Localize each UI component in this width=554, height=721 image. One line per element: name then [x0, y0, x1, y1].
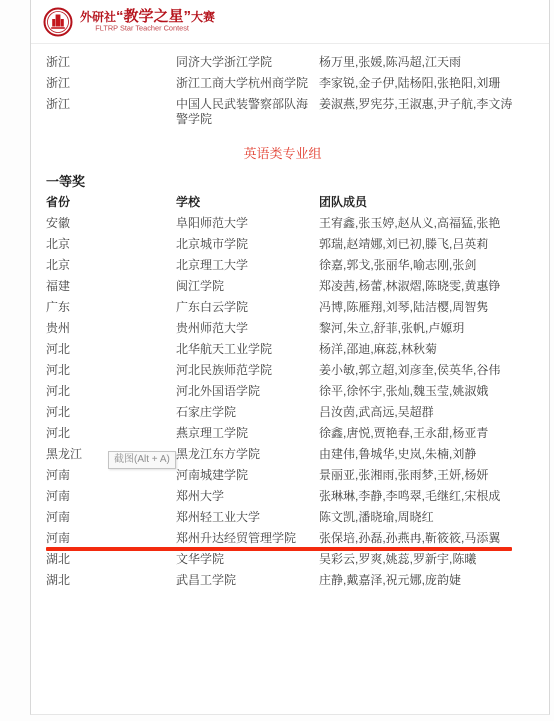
- school-cell: 北京城市学院: [176, 237, 319, 252]
- school-cell: 郑州升达经贸管理学院: [176, 531, 319, 546]
- table-row: 广东 广东白云学院 冯博,陈雁翔,刘琴,陆洁樱,周智隽: [46, 297, 519, 318]
- table-row: 河北 石家庄学院 吕汝茵,武高远,吴超群: [46, 402, 519, 423]
- school-cell: 燕京理工学院: [176, 426, 319, 441]
- table-row: 安徽 阜阳师范大学 王宥鑫,张玉婷,赵从义,高福猛,张艳: [46, 213, 519, 234]
- school-cell: 浙江工商大学杭州商学院: [176, 76, 319, 91]
- members-cell: 吕汝茵,武高远,吴超群: [319, 405, 519, 420]
- brand-title-prefix: 外研社: [80, 10, 116, 24]
- table-row: 河北 燕京理工学院 徐鑫,唐悦,贾艳春,王永甜,杨亚青: [46, 423, 519, 444]
- province-cell: 河北: [46, 405, 176, 420]
- members-cell: 杨万里,张媛,陈冯超,江天雨: [319, 55, 519, 70]
- table-row: 北京 北京城市学院 郭瑞,赵靖娜,刘已初,滕飞,吕英莉: [46, 234, 519, 255]
- province-cell: 湖北: [46, 552, 176, 567]
- brand-title-suffix: 大赛: [191, 10, 215, 24]
- top-table: 浙江 同济大学浙江学院 杨万里,张媛,陈冯超,江天雨 浙江 浙江工商大学杭州商学…: [46, 52, 519, 130]
- members-cell: 姜淑燕,罗宪芬,王淑惠,尹子航,李文涛: [319, 97, 519, 112]
- fltrp-logo-icon: [43, 7, 73, 37]
- school-cell: 郑州大学: [176, 489, 319, 504]
- members-cell: 庄静,戴嘉泽,祝元娜,庞韵婕: [319, 573, 519, 588]
- school-cell: 河北外国语学院: [176, 384, 319, 399]
- members-cell: 吴彩云,罗爽,姚蕊,罗新宇,陈曦: [319, 552, 519, 567]
- school-cell: 闽江学院: [176, 279, 319, 294]
- members-cell: 徐鑫,唐悦,贾艳春,王永甜,杨亚青: [319, 426, 519, 441]
- table-row: 北京 北京理工大学 徐嘉,郭戈,张丽华,喻志刚,张剑: [46, 255, 519, 276]
- school-cell: 贵州师范大学: [176, 321, 319, 336]
- school-cell: 北京理工大学: [176, 258, 319, 273]
- document-page: 外研社“教学之星”大赛 FLTRP Star Teacher Contest 浙…: [30, 0, 550, 715]
- group-title: 英语类专业组: [46, 146, 519, 161]
- province-cell: 河北: [46, 426, 176, 441]
- members-cell: 冯博,陈雁翔,刘琴,陆洁樱,周智隽: [319, 300, 519, 315]
- table-header-row: 省份 学校 团队成员: [46, 192, 519, 213]
- school-cell: 河南城建学院: [176, 468, 319, 483]
- province-cell: 河北: [46, 342, 176, 357]
- column-header-province: 省份: [46, 195, 176, 210]
- table-row: 河北 河北外国语学院 徐平,徐怀宇,张灿,魏玉莹,姚淑娥: [46, 381, 519, 402]
- table-row: 浙江 中国人民武装警察部队海警学院 姜淑燕,罗宪芬,王淑惠,尹子航,李文涛: [46, 94, 519, 130]
- table-row: 福建 闽江学院 郑凌茜,杨蕾,林淑熠,陈晓雯,黄惠铮: [46, 276, 519, 297]
- school-cell: 黑龙江东方学院: [176, 447, 319, 462]
- province-cell: 河南: [46, 531, 176, 546]
- main-table: 安徽 阜阳师范大学 王宥鑫,张玉婷,赵从义,高福猛,张艳 北京 北京城市学院 郭…: [46, 213, 519, 591]
- members-cell: 由建伟,鲁城华,史岚,朱楠,刘静: [319, 447, 519, 462]
- members-cell: 景丽亚,张湘雨,张雨梦,王妍,杨妍: [319, 468, 519, 483]
- members-cell: 黎河,朱立,舒菲,张帆,卢嫄玥: [319, 321, 519, 336]
- table-row: 贵州 贵州师范大学 黎河,朱立,舒菲,张帆,卢嫄玥: [46, 318, 519, 339]
- column-header-members: 团队成员: [319, 195, 519, 210]
- members-cell: 杨洋,邵迪,麻蕊,林秋菊: [319, 342, 519, 357]
- table-row: 河北 北华航天工业学院 杨洋,邵迪,麻蕊,林秋菊: [46, 339, 519, 360]
- province-cell: 浙江: [46, 76, 176, 91]
- province-cell: 福建: [46, 279, 176, 294]
- members-cell: 张保培,孙磊,孙燕冉,靳筱筱,马添翼: [319, 531, 519, 546]
- members-cell: 王宥鑫,张玉婷,赵从义,高福猛,张艳: [319, 216, 519, 231]
- table-row: 湖北 文华学院 吴彩云,罗爽,姚蕊,罗新宇,陈曦: [46, 549, 519, 570]
- province-cell: 浙江: [46, 55, 176, 70]
- table-row: 河南 郑州大学 张琳琳,李静,李鸣翠,毛继红,宋根成: [46, 486, 519, 507]
- school-cell: 郑州轻工业大学: [176, 510, 319, 525]
- award-title: 一等奖: [46, 171, 519, 192]
- school-cell: 北华航天工业学院: [176, 342, 319, 357]
- province-cell: 安徽: [46, 216, 176, 231]
- school-cell: 武昌工学院: [176, 573, 319, 588]
- school-cell: 石家庄学院: [176, 405, 319, 420]
- table-row: 浙江 同济大学浙江学院 杨万里,张媛,陈冯超,江天雨: [46, 52, 519, 73]
- members-cell: 徐平,徐怀宇,张灿,魏玉莹,姚淑娥: [319, 384, 519, 399]
- page-header: 外研社“教学之星”大赛 FLTRP Star Teacher Contest: [31, 0, 549, 44]
- province-cell: 北京: [46, 237, 176, 252]
- table-row: 河南 郑州轻工业大学 陈文凯,潘晓瑜,周晓红: [46, 507, 519, 528]
- table-row: 湖北 武昌工学院 庄静,戴嘉泽,祝元娜,庞韵婕: [46, 570, 519, 591]
- province-cell: 贵州: [46, 321, 176, 336]
- table-row: 浙江 浙江工商大学杭州商学院 李家锐,金子伊,陆杨阳,张艳阳,刘珊: [46, 73, 519, 94]
- school-cell: 同济大学浙江学院: [176, 55, 319, 70]
- province-cell: 河南: [46, 468, 176, 483]
- column-header-school: 学校: [176, 195, 319, 210]
- province-cell: 广东: [46, 300, 176, 315]
- province-cell: 河南: [46, 489, 176, 504]
- brand-title-main: “教学之星”: [116, 8, 191, 25]
- members-cell: 张琳琳,李静,李鸣翠,毛继红,宋根成: [319, 489, 519, 504]
- school-cell: 文华学院: [176, 552, 319, 567]
- content-area: 浙江 同济大学浙江学院 杨万里,张媛,陈冯超,江天雨 浙江 浙江工商大学杭州商学…: [31, 44, 549, 591]
- school-cell: 河北民族师范学院: [176, 363, 319, 378]
- screenshot-tooltip: 截图(Alt + A): [108, 451, 176, 469]
- members-cell: 李家锐,金子伊,陆杨阳,张艳阳,刘珊: [319, 76, 519, 91]
- province-cell: 河北: [46, 384, 176, 399]
- province-cell: 北京: [46, 258, 176, 273]
- brand-subtitle: FLTRP Star Teacher Contest: [80, 24, 204, 32]
- table-row: 河南 郑州升达经贸管理学院 张保培,孙磊,孙燕冉,靳筱筱,马添翼: [46, 528, 519, 549]
- members-cell: 姜小敏,郭立超,刘彦奎,侯英华,谷伟: [319, 363, 519, 378]
- members-cell: 郑凌茜,杨蕾,林淑熠,陈晓雯,黄惠铮: [319, 279, 519, 294]
- table-row: 河北 河北民族师范学院 姜小敏,郭立超,刘彦奎,侯英华,谷伟: [46, 360, 519, 381]
- brand-title: 外研社“教学之星”大赛: [80, 10, 215, 24]
- province-cell: 浙江: [46, 97, 176, 112]
- members-cell: 郭瑞,赵靖娜,刘已初,滕飞,吕英莉: [319, 237, 519, 252]
- brand-block: 外研社“教学之星”大赛 FLTRP Star Teacher Contest: [80, 10, 215, 33]
- school-cell: 阜阳师范大学: [176, 216, 319, 231]
- province-cell: 河北: [46, 363, 176, 378]
- province-cell: 湖北: [46, 573, 176, 588]
- school-cell: 中国人民武装警察部队海警学院: [176, 97, 319, 127]
- members-cell: 徐嘉,郭戈,张丽华,喻志刚,张剑: [319, 258, 519, 273]
- school-cell: 广东白云学院: [176, 300, 319, 315]
- members-cell: 陈文凯,潘晓瑜,周晓红: [319, 510, 519, 525]
- province-cell: 河南: [46, 510, 176, 525]
